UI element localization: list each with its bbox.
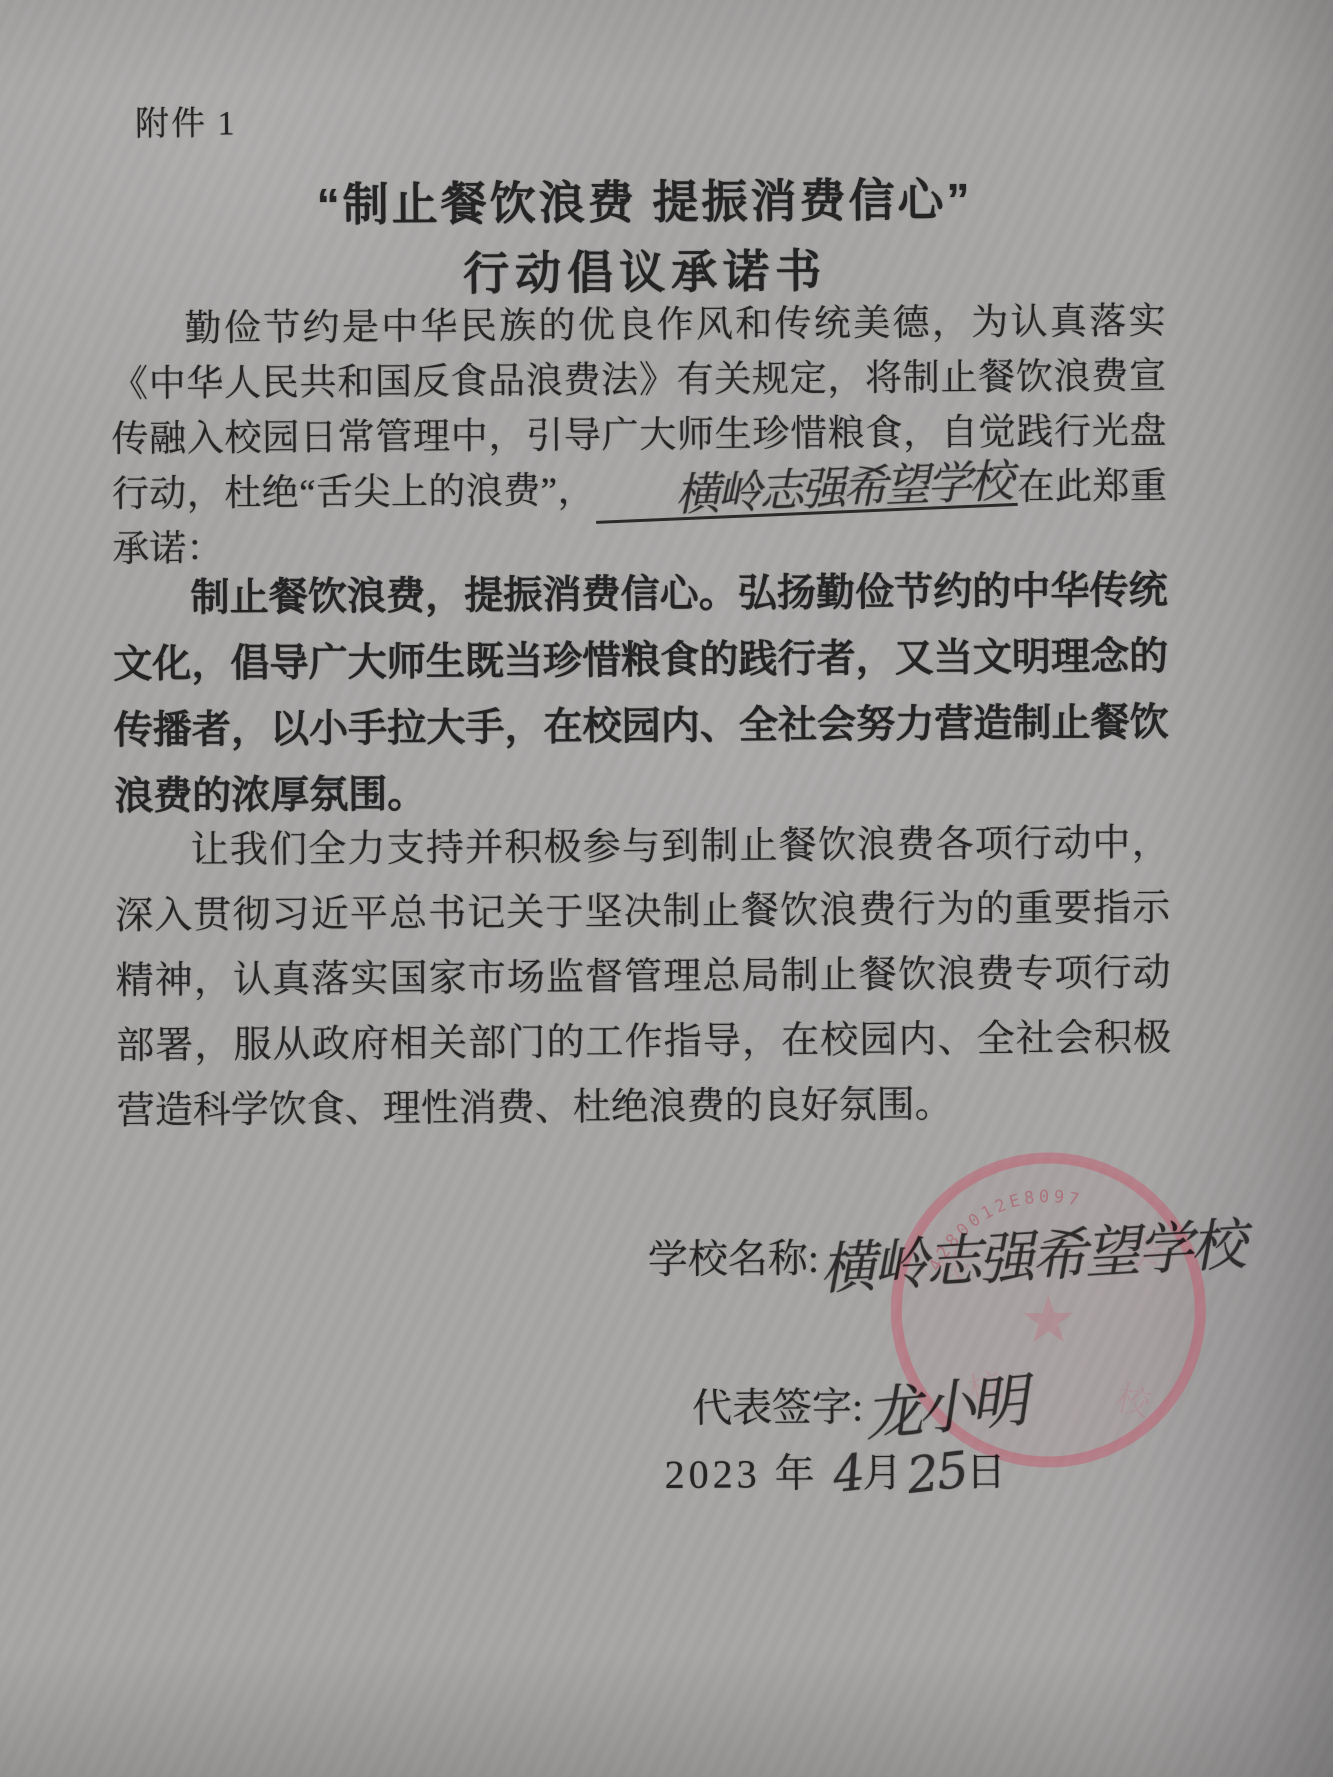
representative-signature-line: 代表签字:龙小明 xyxy=(692,1352,1023,1439)
representative-signature-label: 代表签字: xyxy=(692,1384,863,1430)
paragraph-intro: 勤俭节约是中华民族的优良作风和传统美德，为认真落实《中华人民共和国反食品浪费法》… xyxy=(110,294,1167,577)
attachment-label: 附件 1 xyxy=(135,95,237,145)
handwritten-day: 25 xyxy=(904,1441,970,1505)
date-line: 2023 年 4月25日 xyxy=(664,1439,1010,1500)
school-name-label: 学校名称: xyxy=(648,1236,819,1282)
handwritten-school-name: 横岭志强希望学校 xyxy=(817,1200,1245,1305)
date-year: 2023 年 xyxy=(664,1451,818,1497)
date-month-suffix: 月 xyxy=(862,1450,906,1495)
handwritten-month: 4 xyxy=(830,1443,866,1504)
scanned-pledge-document: 附件 1 “制止餐饮浪费 提振消费信心” 行动倡议承诺书 勤俭节约是中华民族的优… xyxy=(0,0,1333,1777)
paragraph-pledge: 制止餐饮浪费，提振消费信心。弘扬勤俭节约的中华传统文化，倡导广大师生既当珍惜粮食… xyxy=(112,558,1169,830)
svg-text:校: 校 xyxy=(1112,1378,1155,1425)
paragraph-action: 让我们全力支持并积极参与到制止餐饮浪费各项行动中，深入贯彻习近平总书记关于坚决制… xyxy=(114,811,1172,1144)
document-title-line1: “制止餐饮浪费 提振消费信心” xyxy=(114,162,1174,236)
handwritten-school-name-inline: 横岭志强希望学校 xyxy=(594,461,1018,524)
date-day-suffix: 日 xyxy=(966,1449,1010,1494)
handwritten-signature: 龙小明 xyxy=(860,1353,1026,1452)
school-name-line: 学校名称:横岭志强希望学校 xyxy=(648,1205,1244,1290)
